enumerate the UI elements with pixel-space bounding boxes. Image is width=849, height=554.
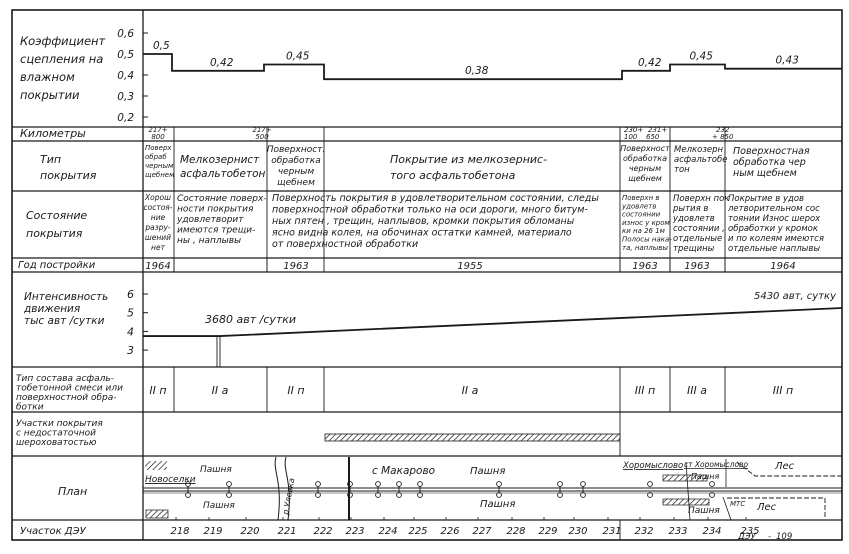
culvert-icon [581, 493, 586, 498]
surface-type-text: Мелкозернист [180, 154, 260, 166]
traffic-label: тыс авт /сутки [24, 315, 105, 327]
surface-type-text: ным щебнем [733, 168, 797, 179]
village-novoselki-hatch [145, 461, 167, 470]
friction-value-label: 0,5 [153, 40, 170, 52]
surface-type-label: покрытия [40, 169, 97, 182]
rough-section-bar [325, 434, 620, 441]
deu-km-mark: 232 [634, 526, 653, 537]
surface-state-text: ки на 26 1м [622, 227, 666, 235]
place-makarovo: с Макарово [372, 465, 435, 477]
surface-state-text: та, наплывы [622, 244, 668, 252]
surface-type-text: того асфальтобетона [390, 169, 516, 182]
hatched-area [663, 499, 709, 505]
surface-state-text: тоянии Износ шерох [728, 214, 821, 224]
surface-state-text: удовлетв [672, 214, 715, 224]
deu-km-mark: 223 [345, 526, 364, 537]
deu-km-mark: 234 [702, 526, 721, 537]
place-novoselki: Новоселки [145, 475, 196, 485]
surface-type-text: Мелкозерн [674, 145, 723, 155]
surface-type-text: обработка [271, 156, 321, 166]
surface-state-text: состоянии , [673, 224, 725, 234]
surface-state-text: отдельные наплывы [728, 244, 820, 254]
surface-type-text: черным [629, 164, 661, 173]
surface-state-label: Состояние [26, 209, 88, 222]
year-value: 1963 [684, 261, 709, 272]
surface-state-text: удовлетворит [176, 215, 244, 225]
mix-type-value: II п [149, 384, 166, 397]
traffic-annotation-left: 3680 авт /сутки [205, 313, 296, 326]
surface-state-text: износ у кром [622, 219, 671, 227]
culvert-icon [497, 493, 502, 498]
surface-type-text: Покрытие из мелкозернис- [390, 153, 547, 166]
deu-boundary-note: 109 [776, 532, 792, 542]
km-mark: 650 [646, 133, 660, 141]
surface-state-text: разру- [144, 223, 171, 232]
deu-km-mark: 221 [277, 526, 296, 537]
deu-boundary-note: ДЭУ [737, 532, 757, 542]
surface-state-text: отдельные [673, 234, 722, 244]
deu-km-mark: 218 [170, 526, 189, 537]
friction-coefficient-chart: 0,60,50,40,30,20,50,420,450,380,420,450,… [117, 28, 842, 124]
friction-value-label: 0,42 [210, 57, 234, 69]
field-label: Пашня [480, 499, 515, 510]
surface-type-text: обраб [145, 153, 167, 161]
friction-label: сцепления на [20, 52, 103, 66]
surface-state-text: летворительном сос [727, 204, 820, 214]
friction-value-label: 0,42 [638, 57, 662, 69]
surface-type-text: щебнем [277, 178, 315, 188]
traffic-y-tick-label: 3 [127, 344, 134, 357]
row-labels: Коэффициентсцепления навлажномпокрытииКи… [16, 34, 123, 537]
year-value: 1964 [145, 261, 170, 272]
traffic-label: Интенсивность [24, 291, 108, 303]
surface-type-label: Тип [40, 153, 61, 166]
culvert-icon [418, 493, 423, 498]
deu-km-mark: 224 [378, 526, 397, 537]
surface-state-text: состоя- [143, 203, 172, 212]
mix-type-label: поверхностной обра- [16, 393, 117, 403]
surface-state-text: состоянии [622, 211, 661, 219]
deu-km-mark: 219 [203, 526, 222, 537]
culvert-icon [710, 482, 715, 487]
culvert-icon [418, 482, 423, 487]
surface-state-text: обработки у кромок [728, 224, 819, 234]
surface-type-text: асфальтобетон [180, 168, 266, 180]
surface-state-text: удовлетв [621, 202, 656, 210]
hatched-area [663, 475, 707, 481]
friction-y-tick-label: 0,3 [117, 91, 134, 103]
friction-y-tick-label: 0,2 [117, 112, 134, 124]
km-mark: 500 [255, 133, 269, 141]
deu-km-mark: 226 [440, 526, 459, 537]
surface-state-text: рытия в [672, 204, 708, 214]
culvert-icon [227, 482, 232, 487]
surface-type-text: Поверхност [620, 144, 670, 153]
place-kharomyslovo: Хоромыслово [622, 461, 683, 471]
forest-label: Лес [774, 461, 795, 472]
deu-km-mark: 229 [538, 526, 557, 537]
culvert-icon [316, 493, 321, 498]
surface-type-text: Поверхност. [267, 145, 326, 155]
mix-type-value: III п [773, 384, 793, 397]
surface-type-text: черным [278, 167, 315, 177]
surface-type-text: асфальтобе [674, 155, 727, 165]
year-built-row: 196419631955196319631964 [145, 261, 795, 272]
friction-label: покрытии [20, 88, 80, 102]
friction-y-tick-label: 0,4 [117, 70, 134, 82]
mix-type-value: II п [287, 384, 304, 397]
surface-state-text: трещины [673, 244, 715, 254]
surface-type-text: Поверх [145, 144, 172, 152]
mix-type-label: ботки [16, 403, 44, 413]
friction-y-tick-label: 0,6 [117, 28, 134, 40]
deu-section-row: 2182192202212222232242252262272282292302… [170, 517, 792, 542]
deu-boundary-note: - [768, 532, 771, 542]
culvert-icon [316, 482, 321, 487]
surface-type-text: обработка [623, 154, 667, 163]
surface-state-text: шений [145, 233, 171, 242]
surface-type-text: щебнем [145, 171, 175, 179]
friction-label: Коэффициент [20, 34, 106, 48]
traffic-y-tick-label: 5 [127, 307, 134, 320]
plan-label: План [58, 485, 87, 498]
surface-state-merged-text: Поверхность покрытия в удовлетворительно… [272, 193, 599, 204]
rough-sections-label: Участки покрытия [16, 419, 103, 429]
field-label: Пашня [200, 465, 232, 475]
field-label: Пашня [203, 501, 235, 511]
culvert-icon [397, 493, 402, 498]
mix-type-value: III а [687, 384, 707, 397]
mix-type-label: тобетонной смеси или [16, 384, 123, 394]
deu-km-mark: 220 [240, 526, 259, 537]
mix-type-label: Тип состава асфаль- [16, 374, 114, 384]
culvert-icon [227, 493, 232, 498]
friction-value-label: 0,45 [690, 51, 714, 63]
friction-value-label: 0,38 [465, 65, 489, 77]
rough-sections-row [325, 434, 620, 441]
place-st-kharomyslovo: ст Хоромыслово [684, 460, 748, 469]
surface-state-label: покрытия [26, 227, 83, 240]
mix-type-value: II а [462, 384, 479, 397]
surface-state-text: Поверхн в [622, 194, 660, 202]
friction-value-label: 0,43 [776, 55, 799, 67]
km-mark: 800 [151, 133, 165, 141]
traffic-y-tick-label: 6 [127, 288, 134, 301]
forest-label: Лес [756, 502, 777, 513]
deu-km-mark: 230 [568, 526, 587, 537]
deu-km-mark: 225 [408, 526, 427, 537]
traffic-y-tick-label: 4 [127, 325, 134, 338]
culvert-icon [376, 482, 381, 487]
surface-state-text: Полосы нака- [622, 236, 672, 244]
surface-type-text: тон [674, 165, 690, 175]
village-hatch [146, 510, 168, 518]
traffic-annotation-right: 5430 авт, сутку [754, 291, 837, 302]
surface-state-merged-text: ных пятен , трещин, наплывов, кромки пок… [272, 216, 575, 227]
mix-type-value: III п [635, 384, 655, 397]
surface-state-text: ны , наплывы [177, 236, 241, 246]
culvert-icon [648, 482, 653, 487]
place-mts: МТС [730, 500, 745, 508]
surface-state-text: Хорош [144, 193, 171, 202]
friction-value-label: 0,45 [286, 51, 310, 63]
surface-state-text: Покрытие в удов [728, 194, 804, 204]
surface-state-text: ние [151, 213, 166, 222]
deu-km-mark: 222 [313, 526, 332, 537]
mix-type-value: II а [212, 384, 229, 397]
surface-type-row: ПоверхобрабчернымщебнемМелкозернистасфал… [145, 144, 810, 188]
year-value: 1963 [632, 261, 657, 272]
surface-state-text: Состояние поверх- [177, 194, 267, 204]
culvert-icon [648, 493, 653, 498]
kilometers-label: Километры [20, 127, 86, 140]
km-mark: + 850 [712, 133, 734, 141]
traffic-intensity-chart: 65433680 авт /сутки5430 авт, сутку [127, 288, 842, 367]
year-value: 1963 [283, 261, 308, 272]
rough-sections-label: шероховатостью [16, 438, 97, 448]
kilometers-row: 217+800217+500230+100231+650232+ 850 [148, 126, 734, 141]
year-value: 1964 [770, 261, 795, 272]
surface-state-merged-text: поверхностной обработки только на оси до… [272, 205, 588, 216]
field-label: Пашня [688, 506, 720, 516]
field-label: Пашня [470, 466, 505, 477]
friction-y-tick-label: 0,5 [117, 49, 134, 61]
culvert-icon [581, 482, 586, 487]
surface-state-text: нет [151, 243, 166, 252]
deu-km-mark: 233 [668, 526, 687, 537]
surface-state-merged-text: от поверхностной обработки [272, 239, 418, 250]
surface-type-text: черным [145, 162, 174, 170]
culvert-icon [376, 493, 381, 498]
friction-label: влажном [20, 70, 75, 84]
surface-state-text: и по колеям имеются [728, 234, 824, 244]
surface-state-text: имеются трещи- [177, 226, 255, 236]
surface-state-merged-text: ясно видна колея, на обочинах остатки ка… [272, 228, 572, 239]
road-linear-diagram: Коэффициентсцепления навлажномпокрытииКи… [0, 0, 849, 554]
culvert-icon [397, 482, 402, 487]
culvert-icon [186, 493, 191, 498]
km-mark: 100 [624, 133, 638, 141]
deu-km-mark: 227 [472, 526, 492, 537]
surface-type-text: щебнем [628, 174, 662, 183]
year-value: 1955 [457, 261, 482, 272]
river-label: р.Уловка [281, 477, 296, 516]
route-plan: НовоселкиПашняПашняр.Уловкас МакаровоПаш… [143, 457, 842, 520]
surface-state-text: Поверхн пок [673, 194, 730, 204]
year-built-label: Год постройки [18, 260, 96, 271]
surface-state-row: Хорошсостоя-ниеразру-шенийнетСостояние п… [143, 193, 823, 254]
deu-section-label: Участок ДЭУ [20, 526, 87, 537]
rough-sections-label: с недостаточной [16, 429, 96, 439]
surface-state-text: ности покрытия [177, 205, 254, 215]
culvert-icon [710, 493, 715, 498]
deu-km-mark: 231 [602, 526, 621, 537]
friction-step-line [143, 54, 842, 79]
surface-type-text: обработка чер [733, 157, 806, 168]
mix-type-row: II пII аII пII аIII пIII аIII п [149, 384, 793, 397]
culvert-icon [558, 493, 563, 498]
culvert-icon [558, 482, 563, 487]
surface-type-text: Поверхностная [733, 146, 810, 157]
culvert-icon [497, 482, 502, 487]
traffic-label: движения [23, 303, 80, 315]
deu-km-mark: 228 [506, 526, 525, 537]
